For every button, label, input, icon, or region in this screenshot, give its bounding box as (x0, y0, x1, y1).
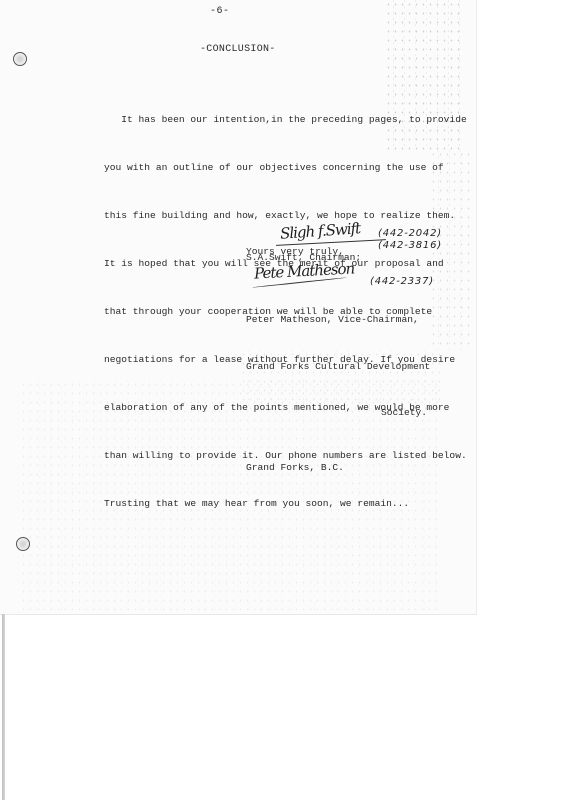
handwritten-signature-matheson: Pete Matheson (254, 259, 355, 282)
signatory-details: Peter Matheson, Vice-Chairman, Grand For… (246, 281, 430, 506)
scan-edge (2, 614, 5, 800)
location: Grand Forks, B.C. (246, 460, 430, 476)
scanned-page: -6- -CONCLUSION- It has been our intenti… (0, 0, 477, 615)
body-line: you with an outline of our objectives co… (104, 160, 467, 176)
phone-number: (442-2042) (378, 228, 442, 239)
typed-name-matheson: Peter Matheson, Vice-Chairman, (246, 312, 430, 328)
section-heading: -CONCLUSION- (200, 44, 276, 55)
phone-number: (442-3816) (378, 240, 442, 251)
punch-hole-icon (16, 537, 30, 551)
organization-name-cont: Society. (246, 405, 430, 421)
body-line: It has been our intention,in the precedi… (104, 112, 467, 128)
organization-name: Grand Forks Cultural Development (246, 359, 430, 375)
punch-hole-icon (13, 52, 27, 66)
page-number: -6- (210, 6, 230, 17)
